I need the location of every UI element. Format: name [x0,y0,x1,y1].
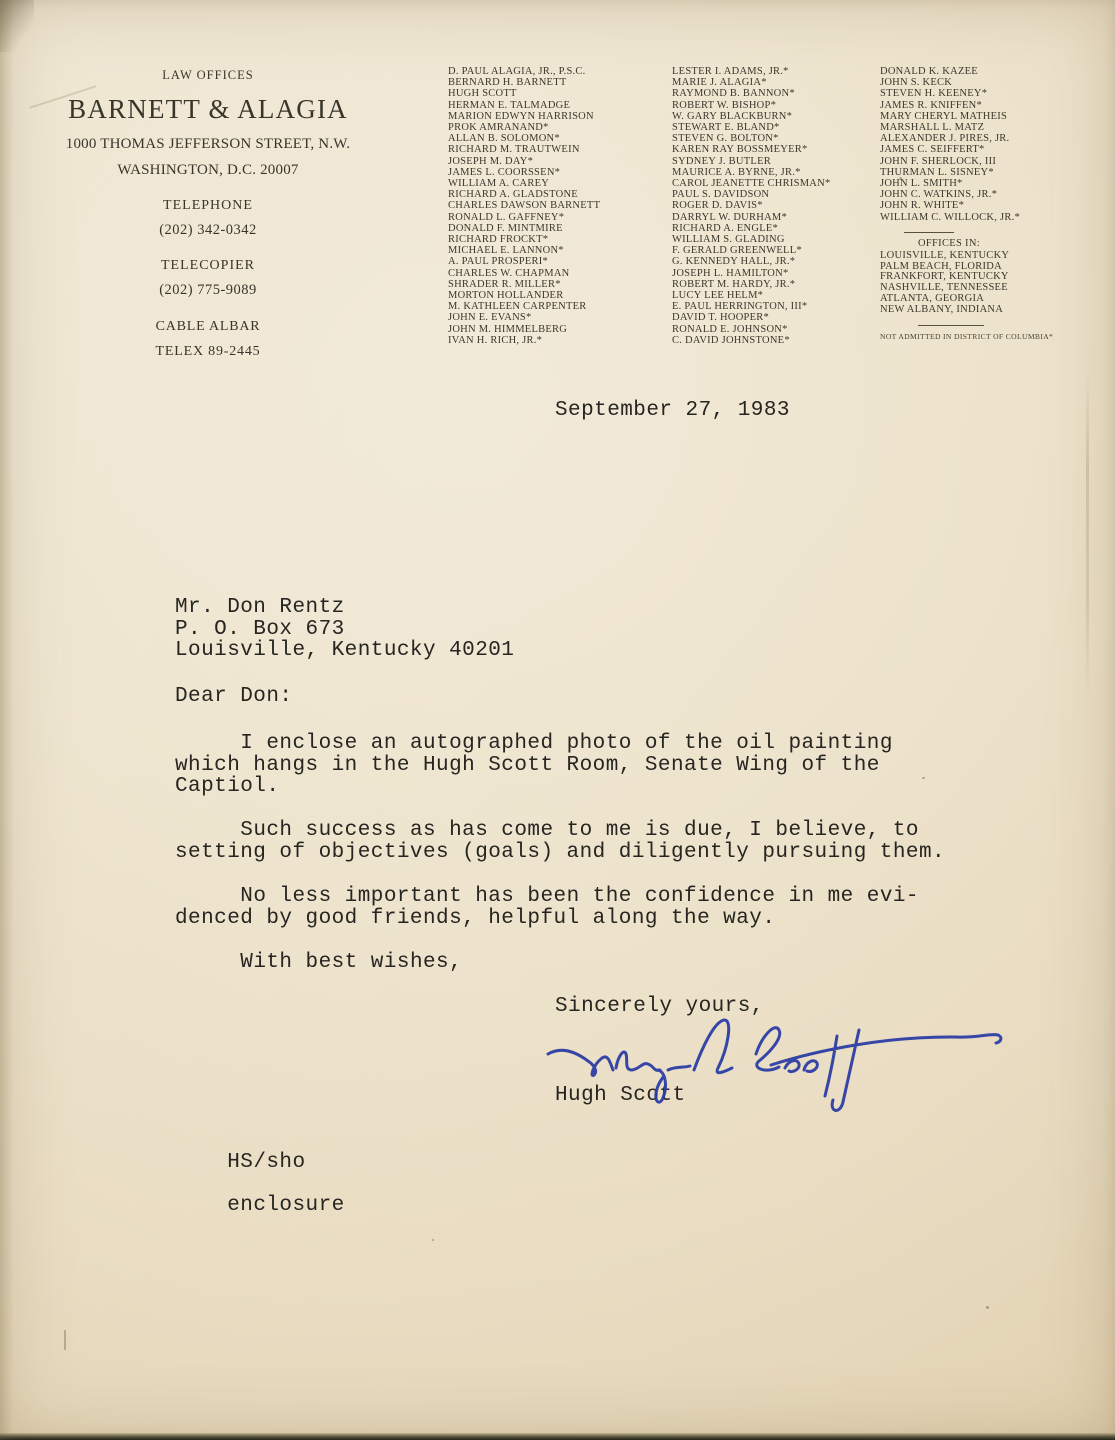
paper-speck [899,177,902,180]
telecopier-label: TELECOPIER [62,258,354,274]
attorney-list-column-3-block: DONALD K. KAZEE JOHN S. KECK STEVEN H. K… [880,66,1070,341]
telephone-label: TELEPHONE [62,198,354,214]
body-paragraph-3: No less important has been the confidenc… [175,886,919,929]
attorney-list-column-2: LESTER I. ADAMS, JR.* MARIE J. ALAGIA* R… [672,66,887,346]
salutation: Dear Don: [175,686,292,708]
paper-speck [986,1306,989,1309]
attorney-list-column-1: D. PAUL ALAGIA, JR., P.S.C. BERNARD H. B… [448,66,663,346]
law-offices-label: LAW OFFICES [62,68,354,83]
scan-bottom-edge [0,1433,1115,1440]
body-paragraph-2: Such success as has come to me is due, I… [175,820,945,863]
letterhead-divider-bottom [918,325,984,326]
cable-address: CABLE ALBAR [62,319,354,335]
attorney-list-column-3: DONALD K. KAZEE JOHN S. KECK STEVEN H. K… [880,66,1070,223]
enclosure-note: enclosure [227,1194,344,1217]
scanned-letter-page: LAW OFFICES BARNETT & ALAGIA 1000 THOMAS… [0,0,1115,1440]
recipient-address: Mr. Don Rentz P. O. Box 673 Louisville, … [175,597,514,662]
reference-block: HS/sho enclosure [175,1130,345,1238]
telephone-number: (202) 342-0342 [62,222,354,239]
firm-street-address: 1000 THOMAS JEFFERSON STREET, N.W. [62,136,354,153]
firm-name: BARNETT & ALAGIA [62,94,354,125]
telecopier-number: (202) 775-9089 [62,282,354,299]
letterhead-divider-top [904,232,954,233]
letterhead-firm-block: LAW OFFICES BARNETT & ALAGIA 1000 THOMAS… [62,68,354,360]
paper-scratch [64,1330,66,1350]
body-paragraph-1: I enclose an autographed photo of the oi… [175,733,893,798]
paper-speck [432,1239,434,1241]
paper-left-edge-shadow [0,0,14,1440]
paper-crease [1086,368,1089,698]
firm-city-address: WASHINGTON, D.C. 20007 [62,162,354,179]
typist-initials: HS/sho [227,1151,305,1174]
office-locations-list: LOUISVILLE, KENTUCKY PALM BEACH, FLORIDA… [880,251,1070,316]
letter-date: September 27, 1983 [555,400,790,422]
offices-in-label: OFFICES IN: [880,238,1070,249]
body-paragraph-4: With best wishes, [175,952,462,974]
hugh-scott-signature-icon [528,1008,1068,1126]
telex-number: TELEX 89-2445 [62,344,354,360]
paper-speck [922,777,925,779]
admission-footnote: NOT ADMITTED IN DISTRICT OF COLUMBIA* [880,332,1070,341]
